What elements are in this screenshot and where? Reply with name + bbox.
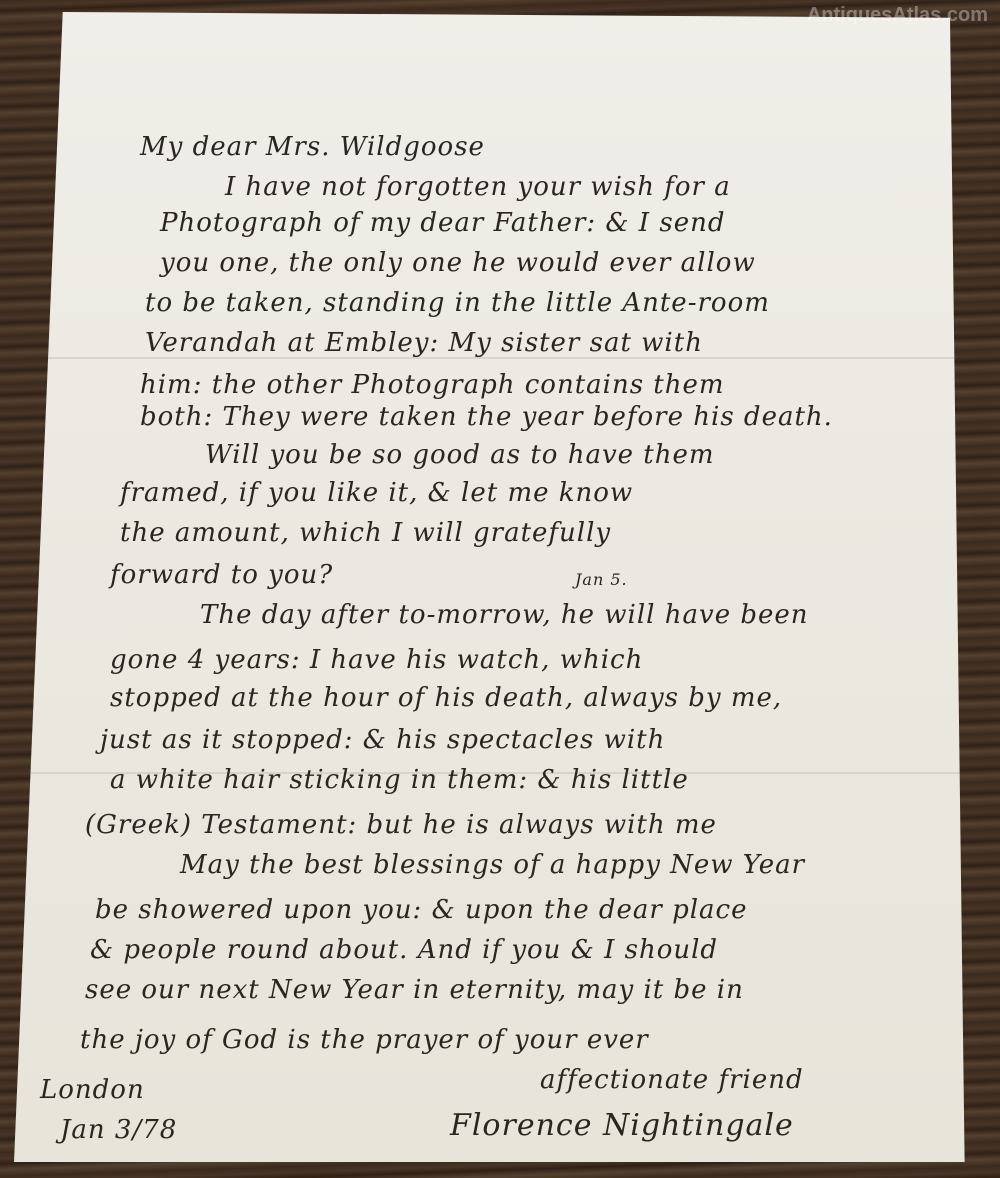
letter-line: Photograph of my dear Father: & I send <box>160 208 725 238</box>
letter-line: May the best blessings of a happy New Ye… <box>180 850 805 880</box>
letter-line: framed, if you like it, & let me know <box>120 478 633 508</box>
letter-line: Will you be so good as to have them <box>205 440 715 470</box>
letter-line: (Greek) Testament: but he is always with… <box>85 810 717 840</box>
signature: Florence Nightingale <box>450 1108 794 1143</box>
letter-date: Jan 3/78 <box>60 1115 177 1145</box>
letter-place: London <box>40 1075 145 1105</box>
letter-line: gone 4 years: I have his watch, which <box>110 645 643 675</box>
letter-line: see our next New Year in eternity, may i… <box>85 975 744 1005</box>
letter-line: you one, the only one he would ever allo… <box>160 248 756 278</box>
letter-line: Verandah at Embley: My sister sat with <box>145 328 703 358</box>
letter-line: My dear Mrs. Wildgoose <box>140 132 485 162</box>
watermark: AntiquesAtlas.com <box>807 4 988 27</box>
letter-line: The day after to-morrow, he will have be… <box>200 600 809 630</box>
letter-line: & people round about. And if you & I sho… <box>90 935 718 965</box>
letter-line: Jan 5. <box>575 570 628 589</box>
letter-line: the amount, which I will gratefully <box>120 518 611 548</box>
letter-line: stopped at the hour of his death, always… <box>110 683 782 713</box>
letter-line: just as it stopped: & his spectacles wit… <box>100 725 665 755</box>
letter-line: him: the other Photograph contains them <box>140 370 725 400</box>
letter-line: both: They were taken the year before hi… <box>140 402 833 432</box>
letter-line: forward to you? <box>110 560 333 590</box>
letter-line: I have not forgotten your wish for a <box>225 172 731 202</box>
letter-line: affectionate friend <box>540 1065 804 1095</box>
letter-line: to be taken, standing in the little Ante… <box>145 288 770 318</box>
letter-line: the joy of God is the prayer of your eve… <box>80 1025 649 1055</box>
letter-line: a white hair sticking in them: & his lit… <box>110 765 689 795</box>
letter-line: be showered upon you: & upon the dear pl… <box>95 895 748 925</box>
